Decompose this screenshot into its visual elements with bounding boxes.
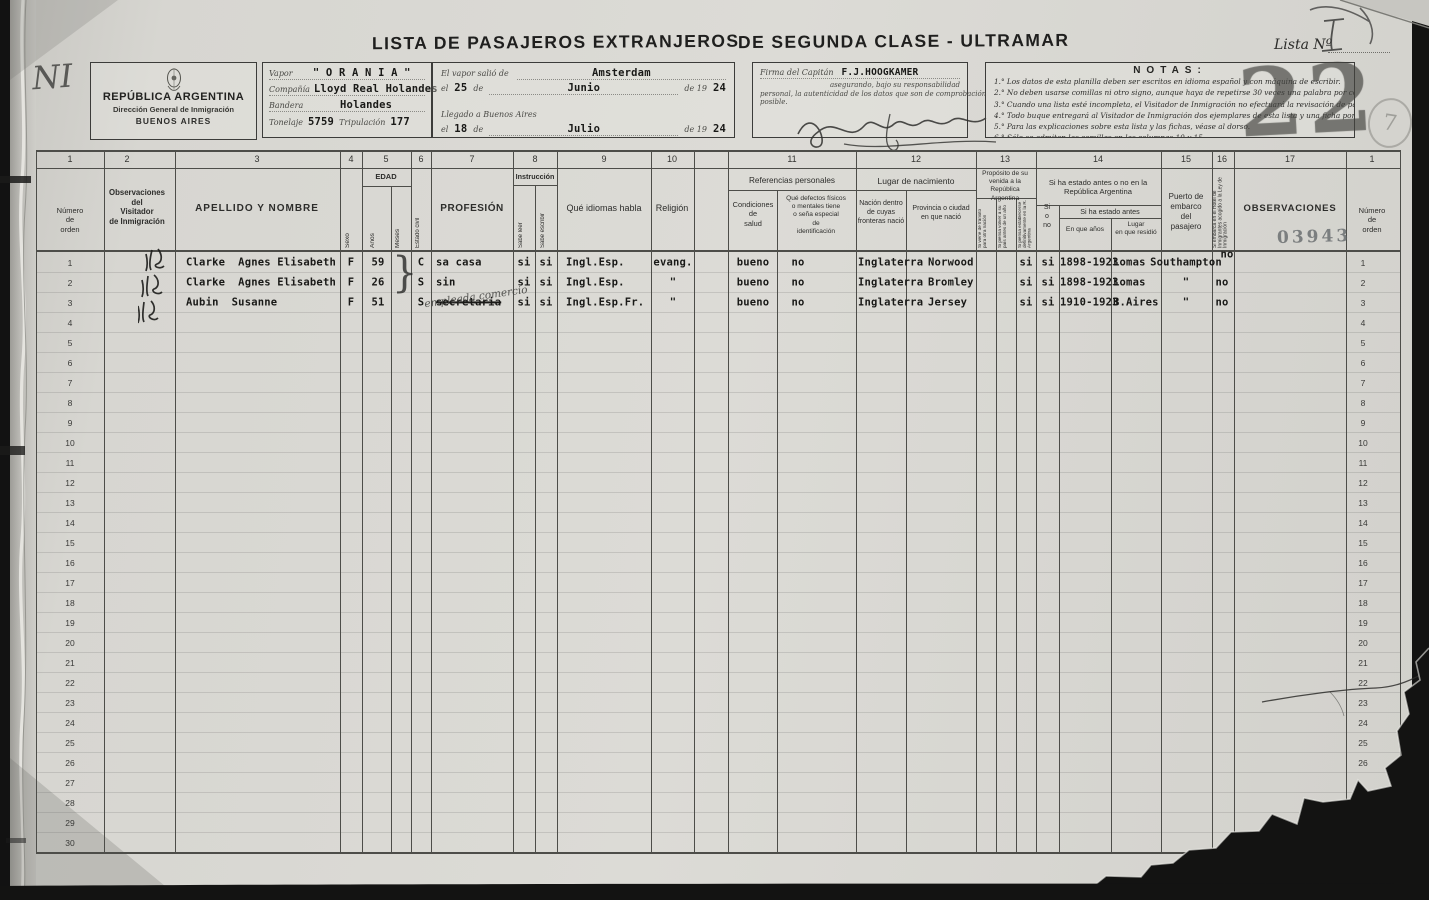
row-line (36, 272, 1400, 273)
subheader-line (1036, 205, 1161, 206)
cell-languages-row2: Ingl.Esp. (566, 276, 625, 288)
header-edad: EDAD (375, 172, 396, 181)
cell-writes-row1: si (539, 256, 552, 268)
column-line (1346, 150, 1347, 852)
header-hotel-inmigrantes: Si embarca en el Hotel de Inmigrantes ac… (1213, 170, 1232, 248)
subheader-line (362, 186, 411, 187)
row-number-left-5: 5 (68, 338, 73, 348)
column-line (36, 150, 37, 852)
column-line (340, 150, 341, 852)
header-sexo: Sexo (345, 216, 357, 248)
cell-years-row3: 51 (371, 296, 384, 308)
row-number-right-17: 17 (1358, 578, 1367, 588)
subcolumn-line (1016, 198, 1017, 852)
row-number-left-20: 20 (65, 638, 74, 648)
row-number-left-9: 9 (68, 418, 73, 428)
serial-number-stamp: 03943 (1277, 226, 1352, 248)
row-line (36, 632, 1400, 633)
cell-settle-row1: si (1019, 256, 1032, 268)
cell-residence-row1: Lomas (1113, 256, 1146, 268)
row-number-right-7: 7 (1361, 378, 1366, 388)
header-bottom-line (36, 250, 1400, 252)
cell-languages-row3: Ingl.Esp.Fr. (566, 296, 644, 308)
table-top-line (36, 150, 1400, 152)
cell-profession-row2: sin (436, 276, 456, 288)
row-number-left-26: 26 (65, 758, 74, 768)
column-line (1234, 150, 1235, 852)
cell-province-row2: Bromley (928, 276, 974, 288)
row-number-right-8: 8 (1361, 398, 1366, 408)
column-number-8: 8 (532, 154, 537, 164)
cell-name-row3: Aubin Susanne (186, 296, 277, 308)
row-number-right-12: 12 (1358, 478, 1367, 488)
header-observaciones-visitador: Observaciones del Visitador de Inmigraci… (109, 188, 165, 227)
row-number-left-18: 18 (65, 598, 74, 608)
row-number-left-29: 29 (65, 818, 74, 828)
header-provincia: Provincia o ciudad en que nació (912, 205, 969, 223)
header-referencias-personales: Referencias personales (749, 176, 835, 186)
number-row-line (36, 168, 1400, 169)
column-number-6: 6 (418, 154, 423, 164)
cell-years_before-row2: 1898-1923 (1060, 276, 1119, 288)
cell-civil-row1: C (418, 256, 425, 268)
cell-years_before-row3: 1910-1923 (1060, 296, 1119, 308)
header-nacion: Nación dentro de cuyas fronteras nació (858, 200, 904, 226)
column-number-10: 10 (667, 154, 677, 164)
cell-been_before-row3: si (1041, 296, 1054, 308)
header-lugar-residio: Lugar en que residió (1115, 221, 1156, 237)
cell-health-row1: bueno (737, 256, 770, 268)
cell-languages-row1: Ingl.Esp. (566, 256, 625, 268)
handwritten-age-brace: } (392, 249, 417, 297)
cell-residence-row3: B.Aires (1113, 296, 1159, 308)
cell-port-row1: Southampton (1150, 256, 1222, 268)
row-number-right-6: 6 (1361, 358, 1366, 368)
subcolumn-line (1111, 218, 1112, 852)
row-line (36, 392, 1400, 393)
row-number-left-4: 4 (68, 318, 73, 328)
row-number-right-19: 19 (1358, 618, 1367, 628)
cell-settle-row3: si (1019, 296, 1032, 308)
row-line (36, 372, 1400, 373)
column-line (976, 150, 977, 852)
row-number-right-25: 25 (1358, 738, 1367, 748)
row-line (36, 292, 1400, 293)
row-number-right-22: 22 (1358, 678, 1367, 688)
header-religion: Religión (656, 203, 689, 214)
cell-religion-row2: " (670, 276, 677, 288)
column-line (104, 150, 105, 852)
subheader-line (1059, 218, 1161, 219)
header-profesion: PROFESIÓN (440, 203, 503, 216)
row-line (36, 332, 1400, 333)
cell-writes-row2: si (539, 276, 552, 288)
cell-sex-row3: F (348, 296, 355, 308)
cell-name-row1: Clarke Agnes Elisabeth (186, 256, 336, 268)
column-line (728, 150, 729, 852)
row-number-right-10: 10 (1358, 438, 1367, 448)
cell-name-row2: Clarke Agnes Elisabeth (186, 276, 336, 288)
row-number-right-26: 26 (1358, 758, 1367, 768)
row-number-left-28: 28 (65, 798, 74, 808)
row-number-left-6: 6 (68, 358, 73, 368)
header-estado-civil: Estado civil (415, 182, 427, 248)
header-puerto-embarco: Puerto de embarco del pasajero (1169, 192, 1204, 232)
column-line (1161, 150, 1162, 852)
cell-port-row2: " (1183, 276, 1190, 288)
header-volver: Si piensa volver a su país antes de un a… (998, 200, 1015, 248)
header-observaciones: OBSERVACIONES (1244, 203, 1337, 215)
cell-reads-row3: si (517, 296, 530, 308)
subcolumn-line (906, 190, 907, 852)
cell-residence-row2: Lomas (1113, 276, 1146, 288)
column-line (513, 150, 514, 852)
row-number-right-24: 24 (1358, 718, 1367, 728)
header-proposito: Propósito de su venida a la República Ar… (982, 170, 1028, 203)
row-number-right-11: 11 (1359, 458, 1368, 468)
cell-settle-row2: si (1019, 276, 1032, 288)
row-number-right-21: 21 (1358, 658, 1367, 668)
passenger-table: 12345678910111213141516171Número de orde… (0, 0, 1429, 900)
cell-port-row3: " (1183, 296, 1190, 308)
header-apellido-nombre: APELLIDO Y NOMBRE (195, 203, 319, 216)
header-defectos: Qué defectos físicos o mentales tiene o … (786, 195, 846, 236)
column-line (856, 150, 857, 852)
cell-been_before-row1: si (1041, 256, 1054, 268)
subcolumn-line (535, 185, 536, 852)
column-number-7: 7 (469, 154, 474, 164)
row-number-right-9: 9 (1361, 418, 1366, 428)
row-number-right-14: 14 (1358, 518, 1367, 528)
subcolumn-line (777, 190, 778, 852)
row-line (36, 612, 1400, 613)
cell-sex-row2: F (348, 276, 355, 288)
header-lugar-nacimiento: Lugar de nacimiento (877, 176, 954, 187)
column-number-16: 16 (1217, 154, 1227, 164)
cell-hotel-row2: no (1215, 276, 1228, 288)
header-en-que-anos: En que años (1066, 226, 1104, 234)
cell-profession-row1: sa casa (436, 256, 482, 268)
cell-defects-row2: no (791, 276, 804, 288)
cell-nation-row1: Inglaterra (858, 256, 923, 268)
cell-religion-row1: evang. (653, 256, 692, 268)
row-line (36, 772, 1400, 773)
row-line (36, 752, 1400, 753)
row-number-left-12: 12 (65, 478, 74, 488)
row-number-right-20: 20 (1358, 638, 1367, 648)
row-number-left-22: 22 (65, 678, 74, 688)
column-line (694, 150, 695, 852)
column-number-9: 9 (601, 154, 606, 164)
right-column-number: 1 (1369, 154, 1374, 164)
row-number-right-2: 2 (1361, 278, 1366, 288)
header-numero-orden-right: Número de orden (1359, 206, 1386, 234)
cell-hotel-row3: no (1215, 296, 1228, 308)
cell-years-row1: 59 (371, 256, 384, 268)
row-number-left-14: 14 (65, 518, 74, 528)
row-line (36, 592, 1400, 593)
row-number-right-15: 15 (1358, 538, 1367, 548)
row-number-left-13: 13 (65, 498, 74, 508)
column-number-11: 11 (787, 154, 796, 164)
cell-health-row3: bueno (737, 296, 770, 308)
cell-nation-row2: Inglaterra (858, 276, 923, 288)
subheader-line (728, 190, 856, 191)
scanned-passenger-list-page: { "document": { "title_left": "LISTA DE … (0, 0, 1429, 900)
row-number-right-16: 16 (1358, 558, 1367, 568)
cell-province-row1: Norwood (928, 256, 974, 268)
row-line (36, 492, 1400, 493)
row-number-right-18: 18 (1358, 598, 1367, 608)
row-line (36, 732, 1400, 733)
row-line (36, 792, 1400, 793)
column-number-5: 5 (383, 154, 388, 164)
cell-years-row2: 26 (371, 276, 384, 288)
column-line (1036, 150, 1037, 852)
cell-province-row3: Jersey (928, 296, 967, 308)
header-condiciones-salud: Condiciones de salud (733, 200, 774, 228)
subcolumn-line (996, 198, 997, 852)
row-line (36, 652, 1400, 653)
column-line (362, 150, 363, 852)
column-number-1: 1 (67, 154, 72, 164)
header-sabe-escribir: Sabe escribir (540, 180, 552, 248)
column-number-17: 17 (1285, 154, 1295, 164)
row-number-left-24: 24 (65, 718, 74, 728)
header-numero-orden: Número de orden (57, 206, 84, 234)
row-line (36, 692, 1400, 693)
cell-defects-row3: no (791, 296, 804, 308)
cell-health-row2: bueno (737, 276, 770, 288)
column-line (651, 150, 652, 852)
row-line (36, 572, 1400, 573)
column-line (557, 150, 558, 852)
table-bottom-line (36, 852, 1400, 854)
row-number-left-17: 17 (65, 578, 74, 588)
column-line (431, 150, 432, 852)
cell-sex-row1: F (348, 256, 355, 268)
cell-defects-row1: no (791, 256, 804, 268)
cell-years_before-row1: 1898-1923 (1060, 256, 1119, 268)
row-number-left-19: 19 (65, 618, 74, 628)
row-line (36, 312, 1400, 313)
row-line (36, 712, 1400, 713)
header-anos: Años (370, 214, 382, 248)
row-number-right-3: 3 (1361, 298, 1366, 308)
cell-nation-row3: Inglaterra (858, 296, 923, 308)
column-line (1400, 150, 1401, 852)
cell-reads-row1: si (517, 256, 530, 268)
header-transito: Si viene de tránsito para otra nación (978, 200, 995, 248)
row-line (36, 832, 1400, 833)
column-number-14: 14 (1093, 154, 1103, 164)
row-line (36, 452, 1400, 453)
row-number-left-15: 15 (65, 538, 74, 548)
column-number-2: 2 (124, 154, 129, 164)
header-meses: Meses (395, 208, 407, 248)
row-number-left-1: 1 (68, 258, 73, 268)
header-si-o-no: Si o no (1043, 204, 1051, 230)
row-number-left-10: 10 (65, 438, 74, 448)
row-line (36, 532, 1400, 533)
row-number-right-4: 4 (1361, 318, 1366, 328)
row-number-left-7: 7 (68, 378, 73, 388)
row-number-left-8: 8 (68, 398, 73, 408)
row-number-right-5: 5 (1361, 338, 1366, 348)
row-number-left-2: 2 (68, 278, 73, 288)
row-line (36, 432, 1400, 433)
column-number-15: 15 (1181, 154, 1191, 164)
column-number-3: 3 (254, 154, 259, 164)
row-number-right-23: 23 (1358, 698, 1367, 708)
cell-civil-row2: S (418, 276, 425, 288)
row-number-left-30: 30 (65, 838, 74, 848)
cell-writes-row3: si (539, 296, 552, 308)
row-number-left-25: 25 (65, 738, 74, 748)
cell-hotel-row1: no (1220, 248, 1233, 260)
row-number-left-3: 3 (68, 298, 73, 308)
row-number-left-27: 27 (65, 778, 74, 788)
row-line (36, 352, 1400, 353)
header-idiomas: Qué idiomas habla (566, 203, 641, 214)
subheader-line (856, 190, 976, 191)
handwritten-tally-marks (138, 248, 198, 328)
header-establecerse: Si piensa establecerse definitivamente e… (1018, 200, 1035, 248)
header-ha-estado-antes: Si ha estado antes (1080, 207, 1140, 216)
row-line (36, 512, 1400, 513)
column-number-4: 4 (348, 154, 353, 164)
row-line (36, 412, 1400, 413)
row-number-right-13: 13 (1358, 498, 1367, 508)
cell-religion-row3: " (670, 296, 677, 308)
row-number-left-23: 23 (65, 698, 74, 708)
header-estado-antes-grupo: Si ha estado antes o no en la República … (1049, 178, 1147, 197)
row-line (36, 672, 1400, 673)
header-sabe-leer: Sabe leer (518, 192, 530, 248)
row-number-left-21: 21 (65, 658, 74, 668)
row-number-left-16: 16 (65, 558, 74, 568)
row-line (36, 552, 1400, 553)
column-line (1212, 150, 1213, 852)
row-number-left-11: 11 (66, 458, 75, 468)
cell-been_before-row2: si (1041, 276, 1054, 288)
row-line (36, 472, 1400, 473)
row-number-right-1: 1 (1361, 258, 1366, 268)
row-line (36, 812, 1400, 813)
column-number-12: 12 (911, 154, 921, 164)
column-number-13: 13 (1000, 154, 1010, 164)
